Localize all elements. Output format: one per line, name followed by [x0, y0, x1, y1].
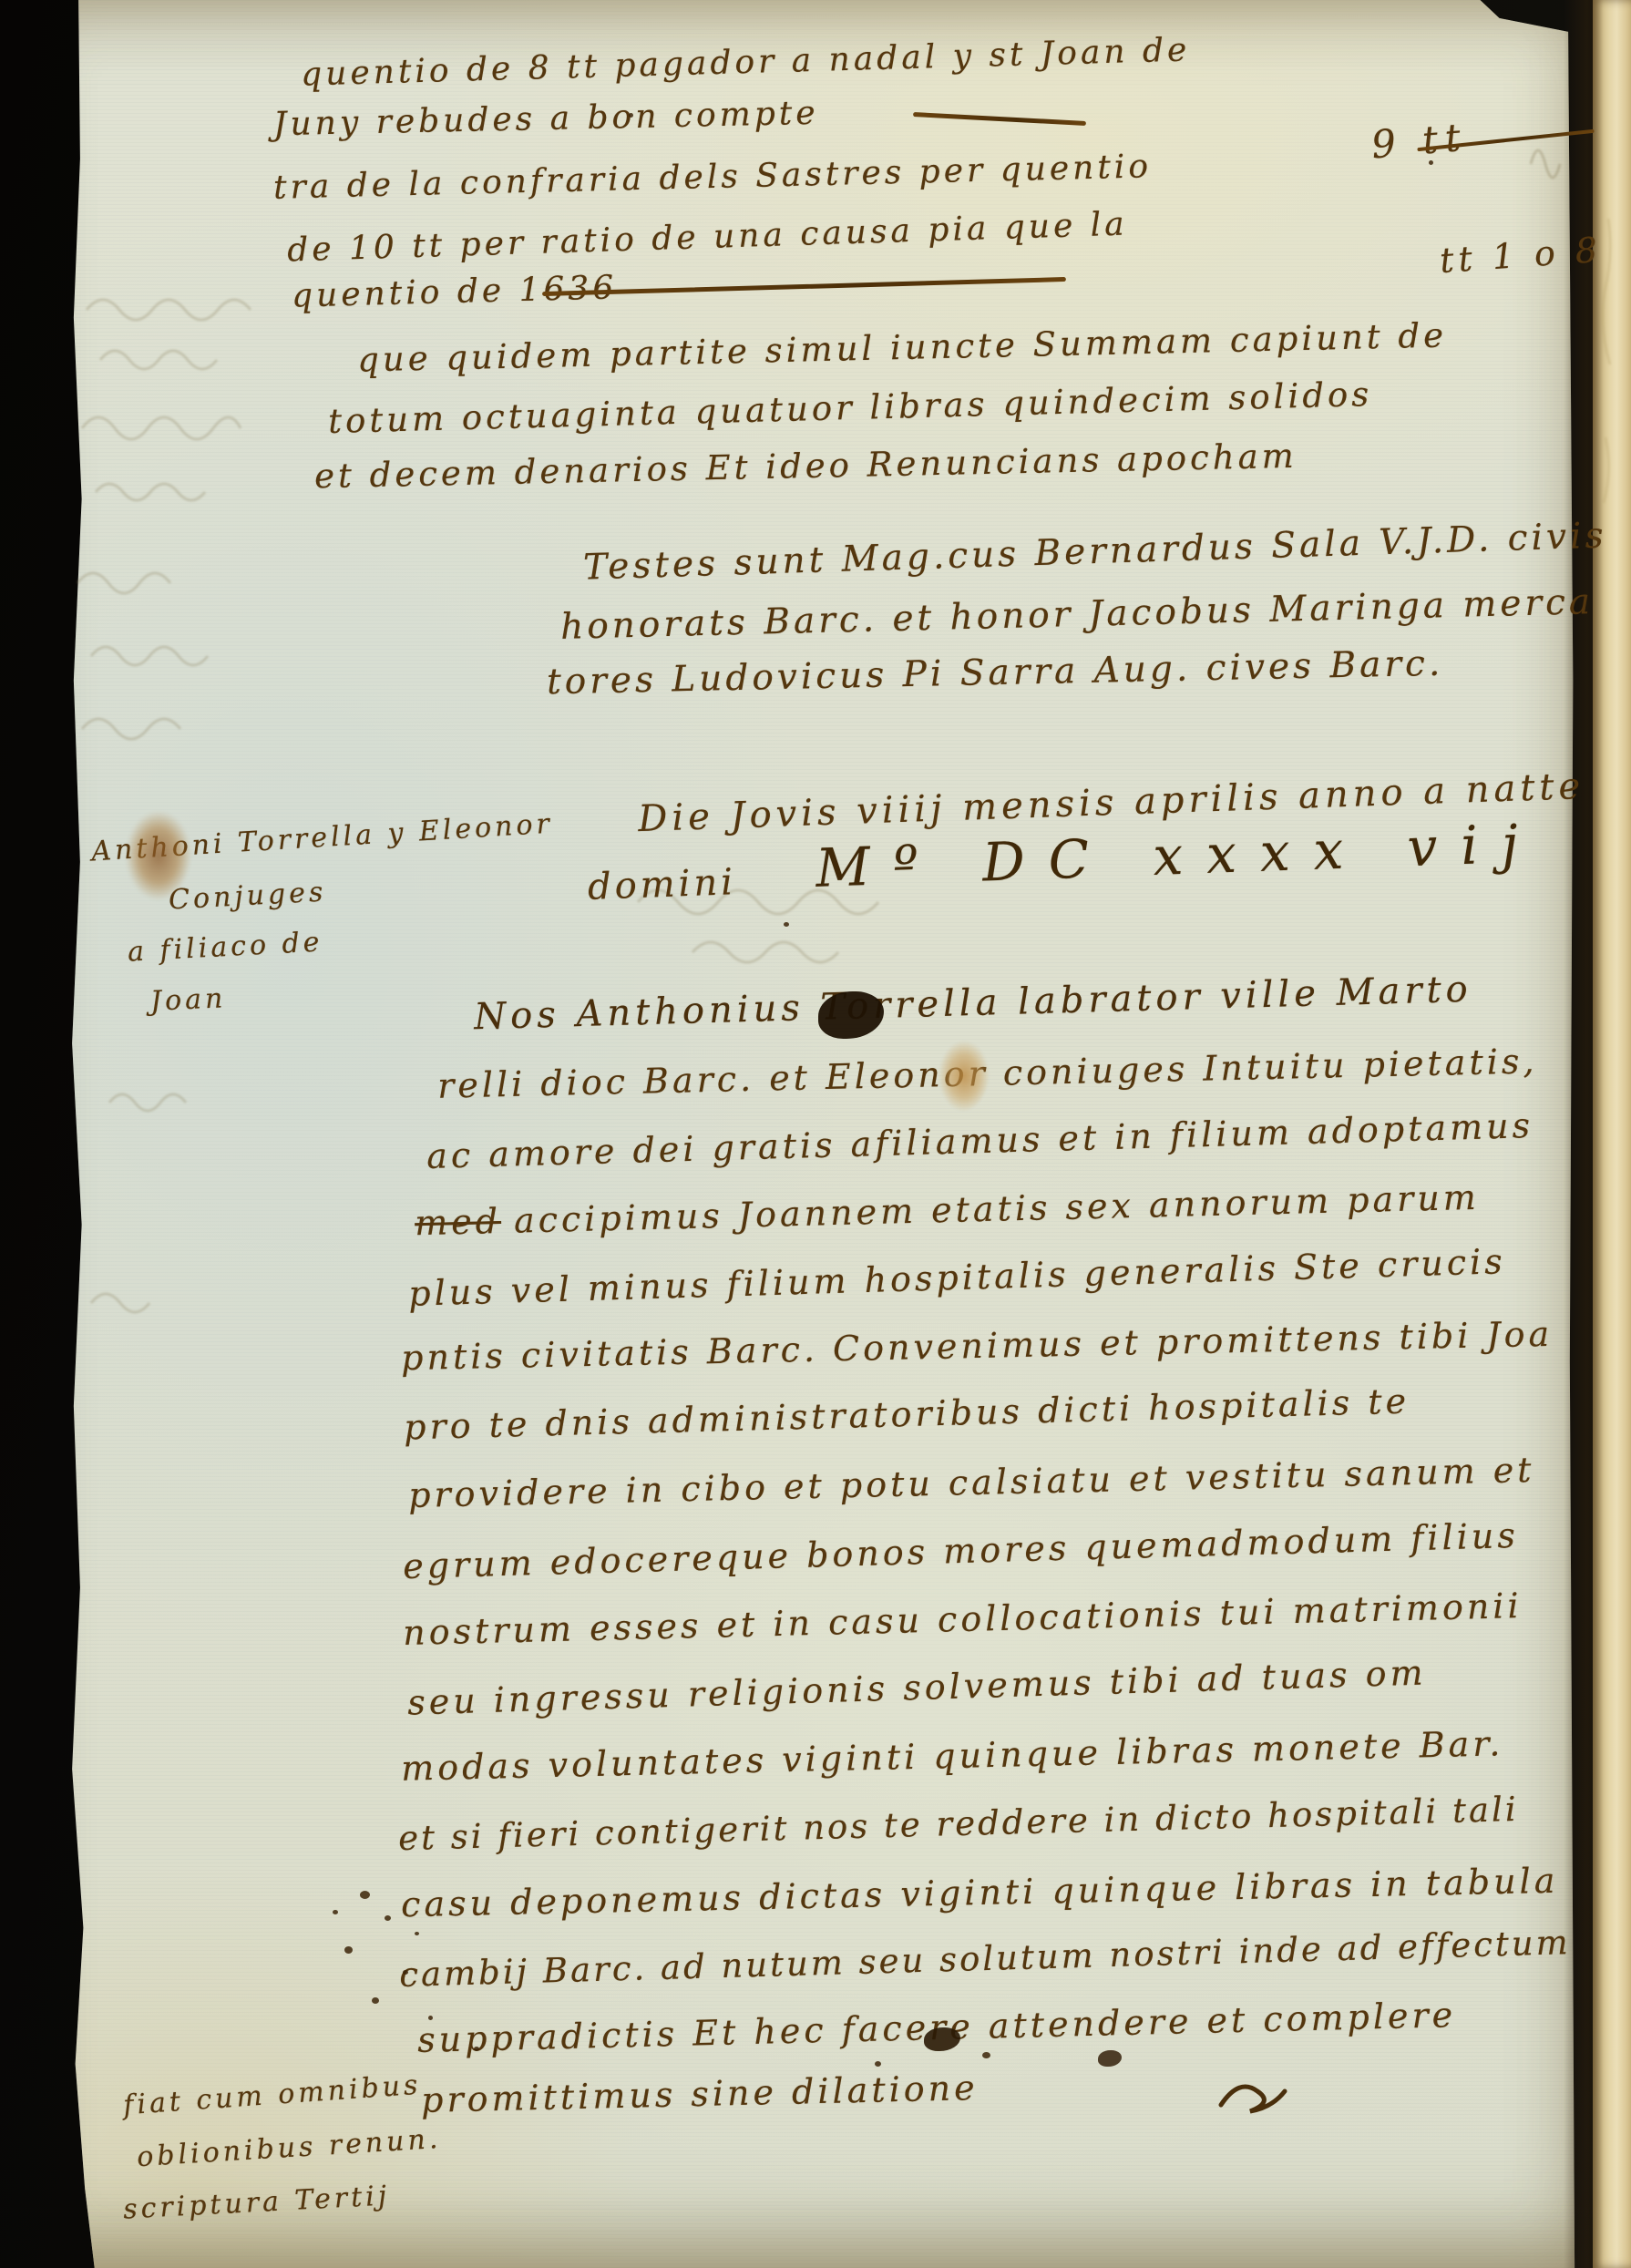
ink-spatter: [629, 113, 633, 118]
manuscript-photo: quentio de 8 tt pagador a nadal y st Joa…: [0, 0, 1631, 2268]
ink-spatter: [385, 1915, 391, 1921]
struck-word: med: [415, 1201, 502, 1243]
ink-spatter: [372, 1997, 379, 2004]
ink-spatter: [875, 2061, 881, 2067]
ink-spatter: [1429, 160, 1433, 165]
ink-spatter: [344, 1946, 353, 1954]
ink-spatter: [415, 1932, 419, 1935]
ink-spatter: [360, 1891, 370, 1899]
dateline-domini: domini: [587, 861, 736, 908]
ink-spatter: [403, 1970, 408, 1975]
flourish-mark: [1212, 2068, 1294, 2123]
next-page-edge: [1593, 0, 1631, 2268]
ink-spatter: [474, 2047, 479, 2051]
ink-spatter: [784, 922, 789, 927]
ink-spatter: [428, 2016, 433, 2020]
margin-amount: 9 tt: [1369, 114, 1470, 167]
margin-parties-line: Joan: [149, 982, 227, 1018]
ink-spatter: [333, 1910, 338, 1914]
ink-spatter: [982, 2052, 990, 2058]
